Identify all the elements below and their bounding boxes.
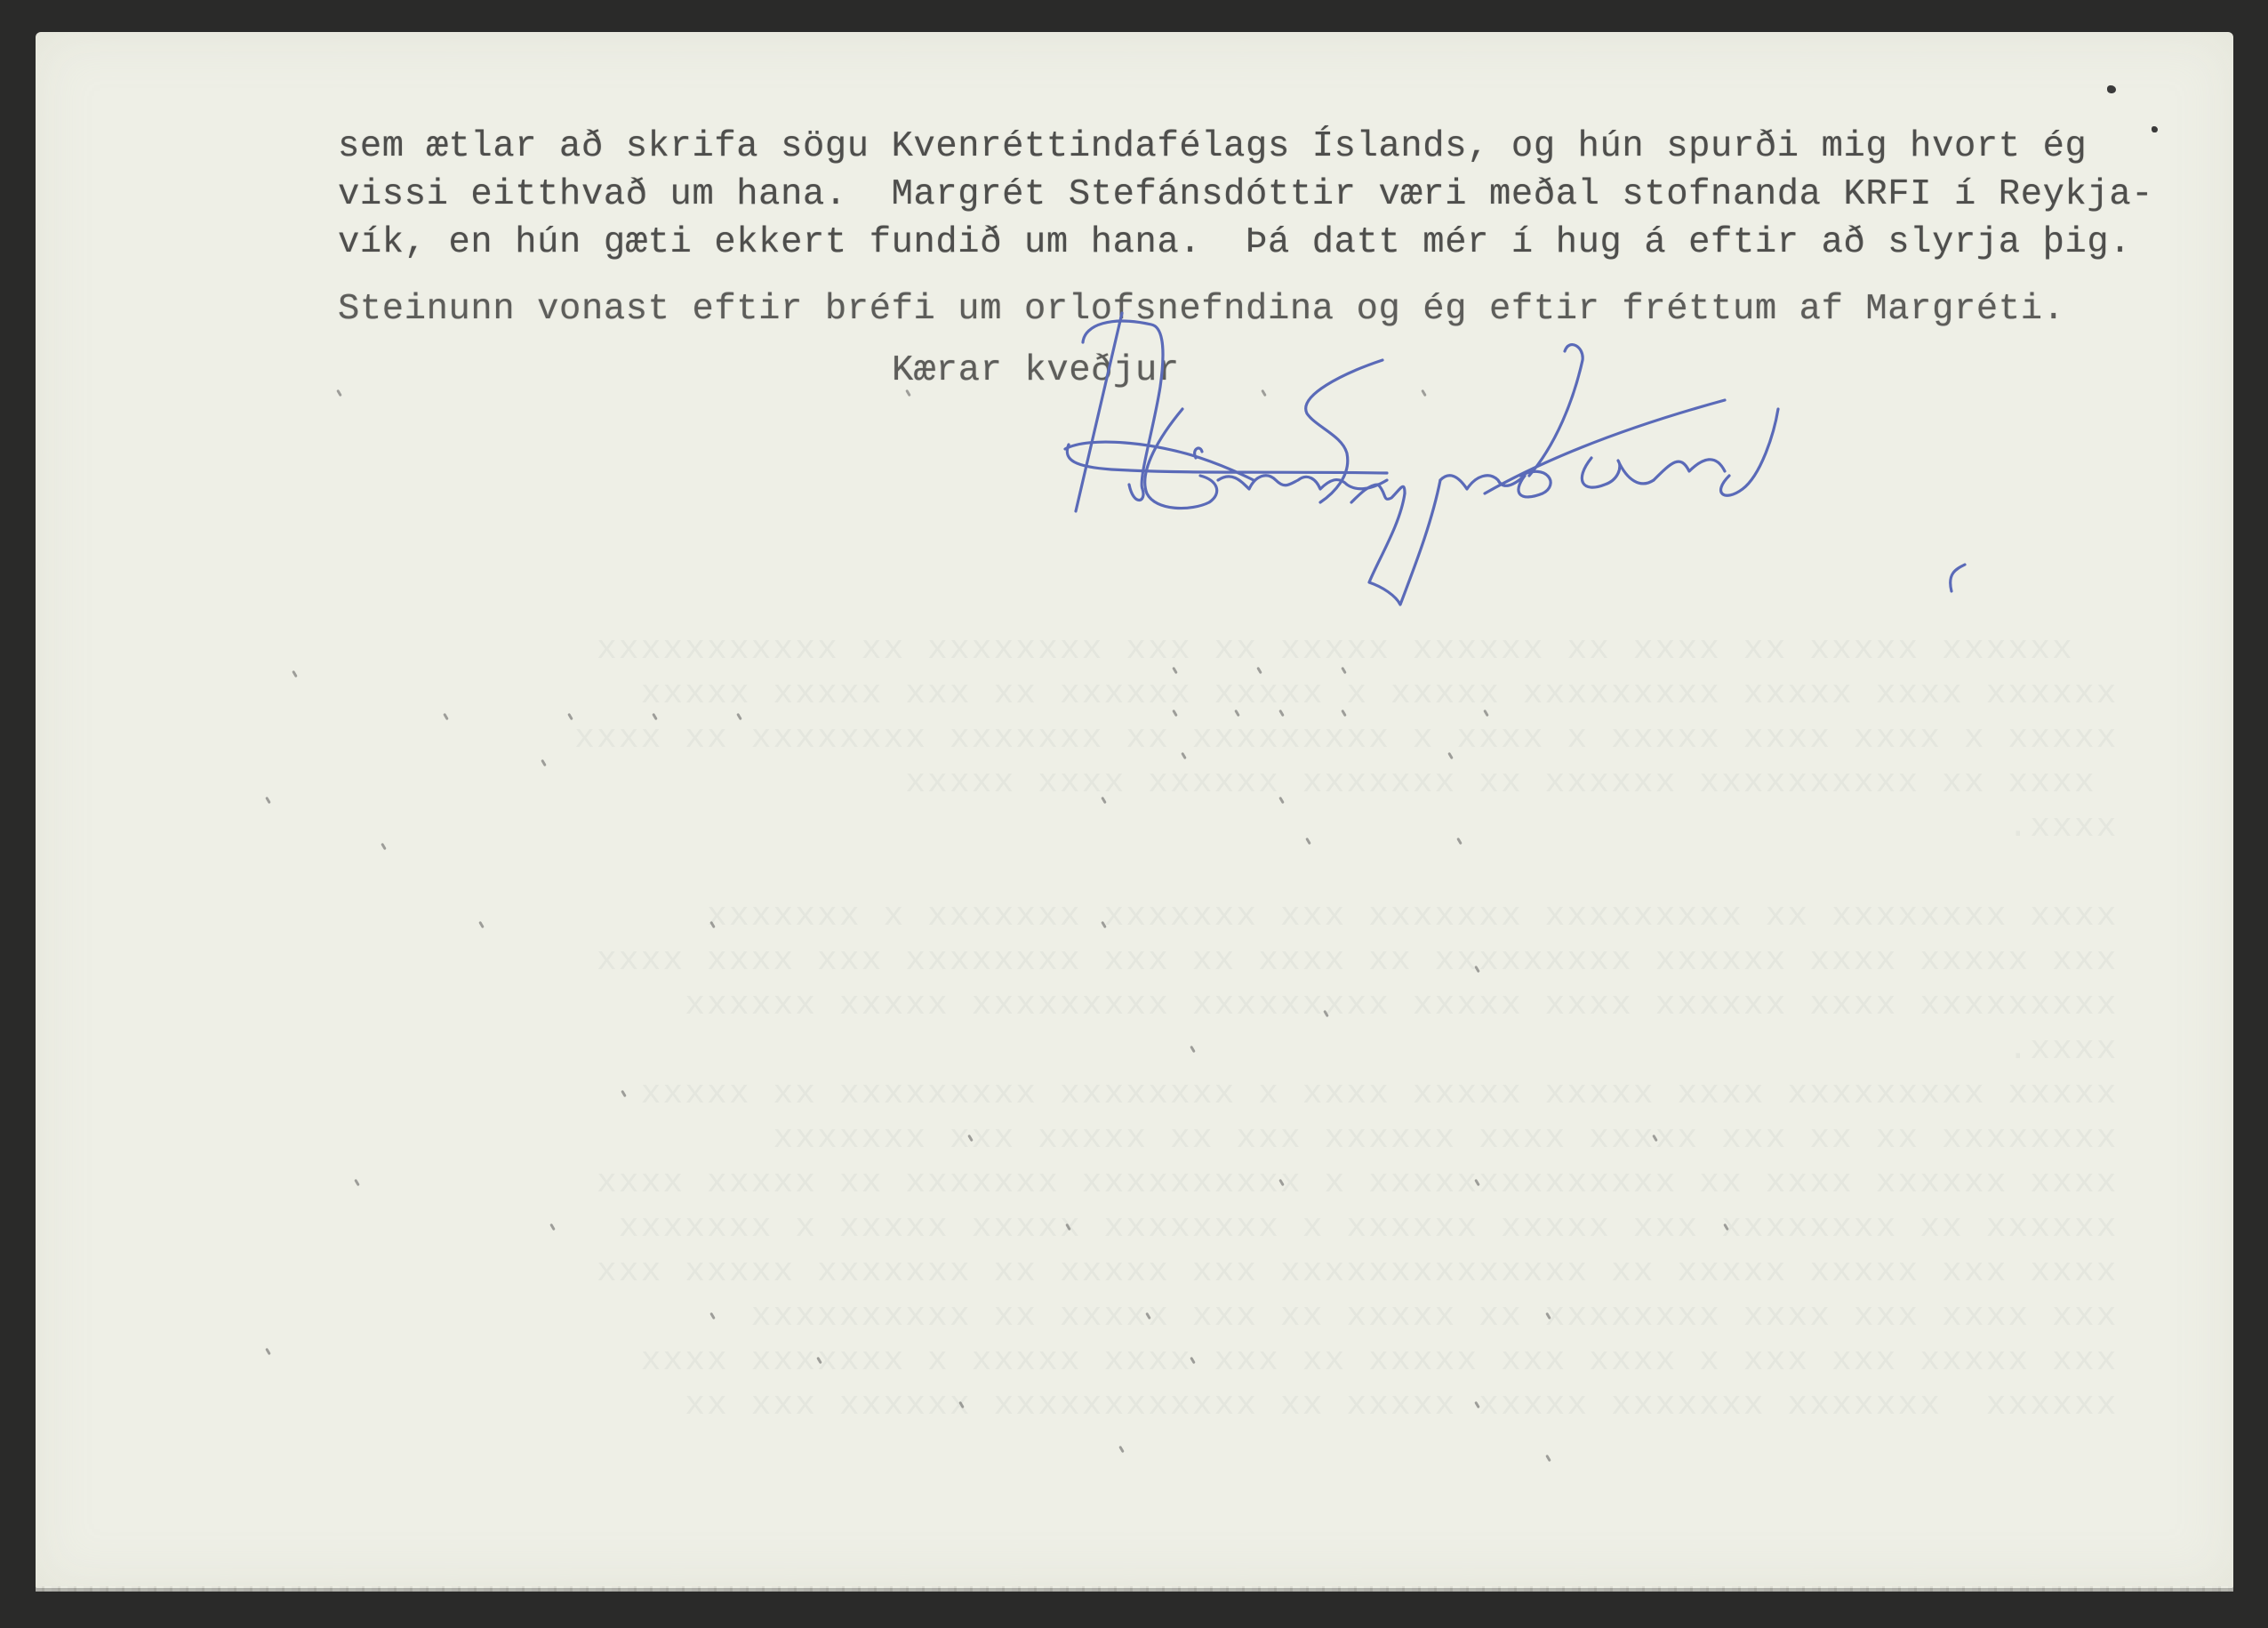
- pin-mark: [1474, 1179, 1480, 1186]
- pin-mark: [1652, 1135, 1658, 1142]
- pin-mark: [1065, 1223, 1071, 1231]
- pin-mark: [709, 1312, 716, 1319]
- show-through-text: xxxxxx xxxxx xx xxxx xx xxxxxx xxxxx xx …: [160, 583, 2160, 1472]
- pin-mark: [1323, 1010, 1329, 1017]
- pin-mark: [1181, 752, 1187, 759]
- pin-mark: [1172, 667, 1178, 674]
- pin-mark: [621, 1090, 627, 1097]
- pin-mark: [1118, 1446, 1125, 1453]
- punch-mark: [2152, 126, 2158, 132]
- pin-mark: [567, 713, 573, 720]
- handwritten-signature: [1049, 302, 2134, 622]
- pin-mark: [1234, 710, 1240, 717]
- pin-mark: [736, 713, 742, 720]
- pin-mark: [652, 713, 658, 720]
- letter-page: xxxxxx xxxxx xx xxxx xx xxxxxx xxxxx xx …: [36, 32, 2233, 1588]
- pin-mark: [265, 797, 271, 804]
- pin-mark: [1145, 1312, 1151, 1319]
- pin-mark: [1447, 752, 1454, 759]
- pin-mark: [443, 713, 449, 720]
- pin-mark: [265, 1348, 271, 1355]
- pin-mark: [1305, 838, 1311, 845]
- pin-mark: [1278, 1179, 1285, 1186]
- pin-mark: [1190, 1357, 1196, 1364]
- pin-mark: [1101, 921, 1107, 928]
- pin-mark: [1101, 797, 1107, 804]
- pin-mark: [1256, 667, 1262, 674]
- pin-mark: [292, 670, 298, 678]
- pin-mark: [1545, 1312, 1551, 1319]
- punch-mark: [2107, 85, 2116, 93]
- pin-mark: [1341, 667, 1347, 674]
- body-line-3: vík, en hún gæti ekkert fundið um hana. …: [338, 222, 2131, 263]
- pin-mark: [1190, 1046, 1196, 1053]
- pin-mark: [354, 1179, 360, 1186]
- pin-mark: [549, 1223, 556, 1231]
- pin-mark: [1456, 838, 1463, 845]
- pin-mark: [1483, 710, 1489, 717]
- pin-mark: [1723, 1223, 1729, 1231]
- pin-mark: [478, 921, 485, 928]
- pin-mark: [1278, 710, 1285, 717]
- pin-mark: [709, 921, 716, 928]
- pin-mark: [541, 759, 547, 766]
- pin-mark: [967, 1135, 974, 1142]
- pin-mark: [381, 843, 387, 850]
- pin-mark: [958, 1401, 965, 1408]
- body-line-2: vissi eitthvað um hana. Margrét Stefánsd…: [338, 174, 2153, 215]
- pin-mark: [1172, 710, 1178, 717]
- body-line-1: sem ætlar að skrifa sögu Kvenréttindafél…: [338, 126, 2087, 167]
- pin-mark: [1474, 966, 1480, 973]
- pin-mark: [816, 1357, 822, 1364]
- pin-mark: [1545, 1455, 1551, 1462]
- pin-mark: [1474, 1401, 1480, 1408]
- pin-mark: [1341, 710, 1347, 717]
- pin-mark: [336, 389, 342, 397]
- pin-mark: [1278, 797, 1285, 804]
